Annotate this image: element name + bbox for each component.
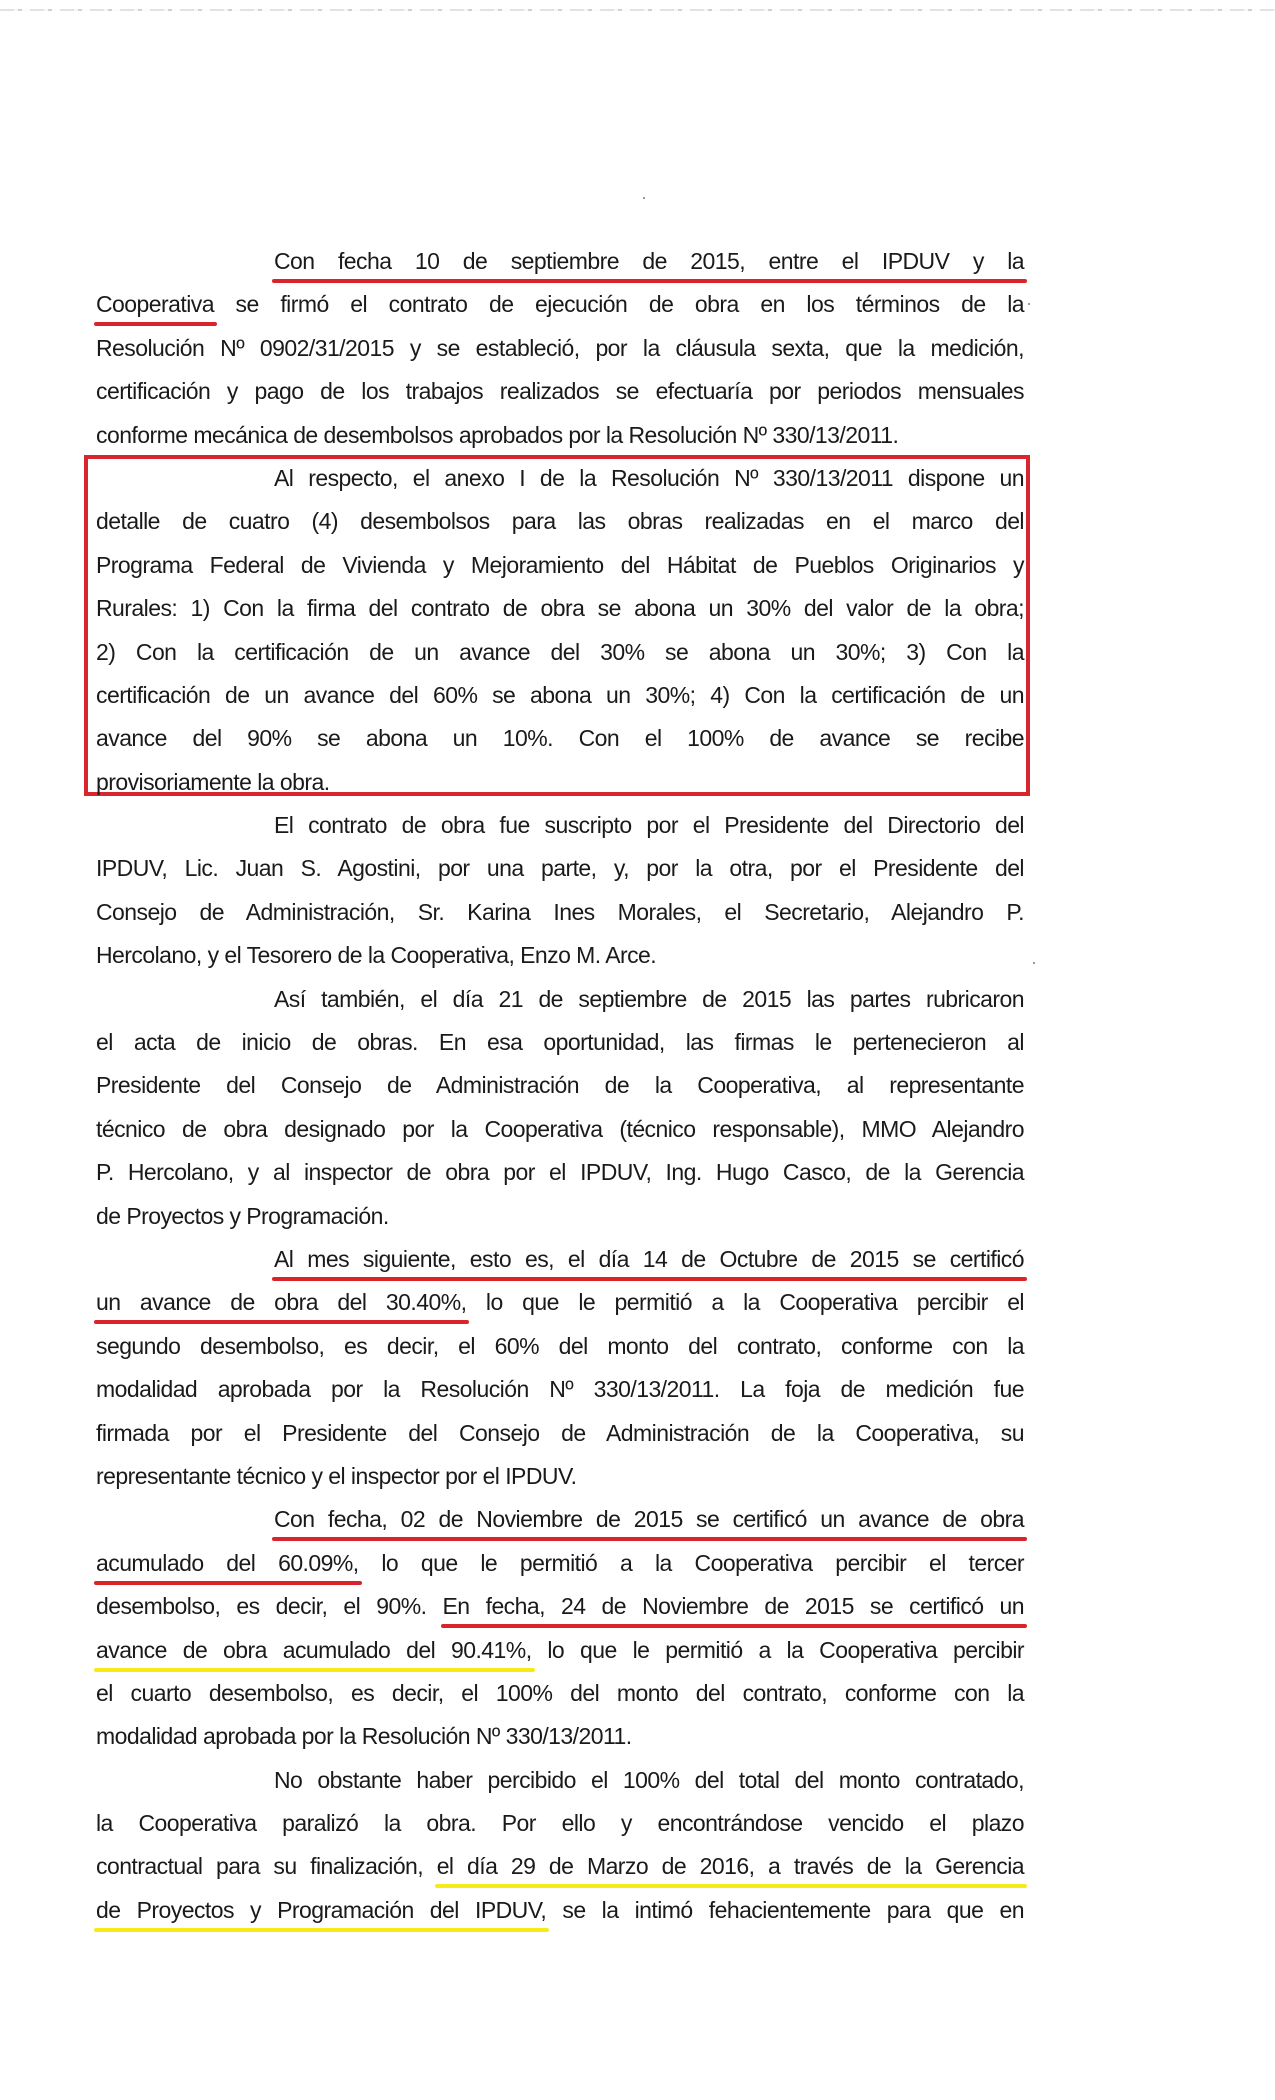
document-body: Con fecha 10 de septiembre de 2015, entr… [96,240,1024,1932]
text-span: certificación y pago de los trabajos rea… [96,378,1024,404]
underlined-red-text: Con fecha, 02 de Noviembre de 2015 se ce… [274,1506,1024,1532]
underlined-red-text: Con fecha 10 de septiembre de 2015, entr… [274,248,1024,274]
text-line: IPDUV, Lic. Juan S. Agostini, por una pa… [96,847,1024,890]
text-line: 2) Con la certificación de un avance del… [96,631,1024,674]
text-line: Presidente del Consejo de Administración… [96,1064,1024,1107]
text-line: el cuarto desembolso, es decir, el 100% … [96,1672,1024,1715]
text-span: Consejo de Administración, Sr. Karina In… [96,899,1024,925]
paragraph-p5: Al mes siguiente, esto es, el día 14 de … [96,1238,1024,1498]
text-span: representante técnico y el inspector por… [96,1463,576,1489]
text-line: desembolso, es decir, el 90%. En fecha, … [96,1585,1024,1628]
text-span: se firmó el contrato de ejecución de obr… [214,291,1024,317]
text-line: técnico de obra designado por la Coopera… [96,1108,1024,1151]
paragraph-p4: Así también, el día 21 de septiembre de … [96,978,1024,1238]
paragraph-p7: No obstante haber percibido el 100% del … [96,1759,1024,1933]
underlined-red-text: un avance de obra del 30.40%, [96,1289,466,1315]
text-span: IPDUV, Lic. Juan S. Agostini, por una pa… [96,855,1024,881]
scan-speck [1028,303,1030,305]
text-span: modalidad aprobada por la Resolución Nº … [96,1723,632,1749]
text-line: Consejo de Administración, Sr. Karina In… [96,891,1024,934]
scan-speck [643,197,645,199]
text-span: lo que le permitió a la Cooperativa perc… [359,1550,1024,1576]
text-line: El contrato de obra fue suscripto por el… [96,804,1024,847]
scan-speck [1033,962,1035,964]
text-span: certificación de un avance del 60% se ab… [96,682,1024,708]
text-line: Al respecto, el anexo I de la Resolución… [96,457,1024,500]
text-line: No obstante haber percibido el 100% del … [96,1759,1024,1802]
text-line: segundo desembolso, es decir, el 60% del… [96,1325,1024,1368]
text-span: contractual para su finalización, [96,1853,437,1879]
text-span: lo que le permitió a la Cooperativa perc… [532,1637,1024,1663]
text-line: Con fecha 10 de septiembre de 2015, entr… [96,240,1024,283]
text-span: conforme mecánica de desembolsos aprobad… [96,422,898,448]
text-span: Al respecto, el anexo I de la Resolución… [274,465,1024,491]
text-line: Rurales: 1) Con la firma del contrato de… [96,587,1024,630]
underlined-yellow-text: el día 29 de Marzo de 2016, a través de … [437,1853,1024,1879]
text-line: Resolución Nº 0902/31/2015 y se establec… [96,327,1024,370]
paragraph-p6: Con fecha, 02 de Noviembre de 2015 se ce… [96,1498,1024,1758]
text-line: un avance de obra del 30.40%, lo que le … [96,1281,1024,1324]
text-span: Presidente del Consejo de Administración… [96,1072,1024,1098]
text-span: el acta de inicio de obras. En esa oport… [96,1029,1024,1055]
underlined-yellow-text: avance de obra acumulado del 90.41%, [96,1637,532,1663]
text-line: Programa Federal de Vivienda y Mejoramie… [96,544,1024,587]
text-span: avance del 90% se abona un 10%. Con el 1… [96,725,1024,751]
text-line: el acta de inicio de obras. En esa oport… [96,1021,1024,1064]
underlined-red-text: Cooperativa [96,291,214,317]
text-span: 2) Con la certificación de un avance del… [96,639,1024,665]
text-line: conforme mecánica de desembolsos aprobad… [96,414,1024,457]
text-span: técnico de obra designado por la Coopera… [96,1116,1024,1142]
text-span: desembolso, es decir, el 90%. [96,1593,443,1619]
text-line: Al mes siguiente, esto es, el día 14 de … [96,1238,1024,1281]
text-line: acumulado del 60.09%, lo que le permitió… [96,1542,1024,1585]
text-line: detalle de cuatro (4) desembolsos para l… [96,500,1024,543]
text-span: Programa Federal de Vivienda y Mejoramie… [96,552,1024,578]
paragraph-p2: Al respecto, el anexo I de la Resolución… [96,457,1024,804]
underlined-red-text: Al mes siguiente, esto es, el día 14 de … [274,1246,1024,1272]
text-span: El contrato de obra fue suscripto por el… [274,812,1024,838]
text-span: Resolución Nº 0902/31/2015 y se establec… [96,335,1024,361]
text-line: de Proyectos y Programación. [96,1195,1024,1238]
text-span: firmada por el Presidente del Consejo de… [96,1420,1024,1446]
text-span: provisoriamente la obra. [96,769,330,795]
text-span: de Proyectos y Programación. [96,1203,389,1229]
text-line: avance de obra acumulado del 90.41%, lo … [96,1629,1024,1672]
text-span: P. Hercolano, y al inspector de obra por… [96,1159,1024,1185]
text-line: de Proyectos y Programación del IPDUV, s… [96,1889,1024,1932]
text-line: contractual para su finalización, el día… [96,1845,1024,1888]
text-line: P. Hercolano, y al inspector de obra por… [96,1151,1024,1194]
text-span: Hercolano, y el Tesorero de la Cooperati… [96,942,656,968]
paragraph-p3: El contrato de obra fue suscripto por el… [96,804,1024,978]
text-span: Rurales: 1) Con la firma del contrato de… [96,595,1024,621]
text-line: la Cooperativa paralizó la obra. Por ell… [96,1802,1024,1845]
text-span: lo que le permitió a la Cooperativa perc… [466,1289,1024,1315]
text-span: No obstante haber percibido el 100% del … [274,1767,1024,1793]
text-line: Con fecha, 02 de Noviembre de 2015 se ce… [96,1498,1024,1541]
text-span: detalle de cuatro (4) desembolsos para l… [96,508,1024,534]
text-line: certificación y pago de los trabajos rea… [96,370,1024,413]
text-line: Cooperativa se firmó el contrato de ejec… [96,283,1024,326]
text-span: se la intimó fehacientemente para que en [546,1897,1024,1923]
text-line: Hercolano, y el Tesorero de la Cooperati… [96,934,1024,977]
underlined-yellow-text: de Proyectos y Programación del IPDUV, [96,1897,546,1923]
text-line: certificación de un avance del 60% se ab… [96,674,1024,717]
text-span: la Cooperativa paralizó la obra. Por ell… [96,1810,1024,1836]
text-line: modalidad aprobada por la Resolución Nº … [96,1715,1024,1758]
text-span: el cuarto desembolso, es decir, el 100% … [96,1680,1024,1706]
text-span: segundo desembolso, es decir, el 60% del… [96,1333,1024,1359]
text-span: modalidad aprobada por la Resolución Nº … [96,1376,1024,1402]
scan-artifact-line [0,9,1275,11]
text-line: firmada por el Presidente del Consejo de… [96,1412,1024,1455]
text-line: provisoriamente la obra. [96,761,1024,804]
text-line: representante técnico y el inspector por… [96,1455,1024,1498]
text-line: modalidad aprobada por la Resolución Nº … [96,1368,1024,1411]
underlined-red-text: En fecha, 24 de Noviembre de 2015 se cer… [443,1593,1024,1619]
text-line: avance del 90% se abona un 10%. Con el 1… [96,717,1024,760]
underlined-red-text: acumulado del 60.09%, [96,1550,359,1576]
text-line: Así también, el día 21 de septiembre de … [96,978,1024,1021]
paragraph-p1: Con fecha 10 de septiembre de 2015, entr… [96,240,1024,457]
text-span: Así también, el día 21 de septiembre de … [274,986,1024,1012]
